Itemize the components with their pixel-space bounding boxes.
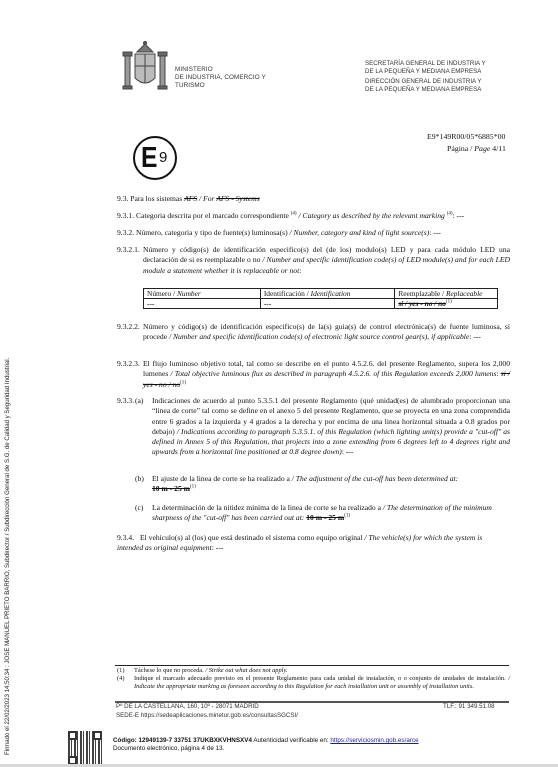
secretariat: SECRETARÍA GENERAL DE INDUSTRIA Y DE LA … — [365, 60, 486, 75]
table-row: --- --- si / yes - no / no(1) — [144, 299, 498, 309]
footnote-1: Táchese lo que no proceda. / Strike out … — [134, 667, 510, 675]
text-es: Táchese lo que no proceda. — [134, 667, 205, 674]
spain-coat-of-arms-icon — [120, 38, 170, 98]
section-9-3-2-1: Número y código(s) de identificación esp… — [143, 245, 510, 276]
code-label: Código: — [113, 737, 139, 744]
section-9-3-1: 9.3.1. Categoria descrita por el marcado… — [117, 211, 464, 221]
office-phone: TLF.: 91 349.51.08 — [443, 703, 495, 710]
page-label-es: Página / — [447, 144, 474, 153]
footnote-ref: (1) — [190, 485, 196, 490]
text-es: Indique el marcado adecuado previsto en … — [134, 675, 508, 682]
table-header-row: Número / Number Identificación / Identif… — [144, 289, 498, 299]
directorate: DIRECCIÓN GENERAL DE INDUSTRIA Y DE LA P… — [365, 78, 486, 93]
text-es: La determinación de la nitidez minima de… — [152, 503, 383, 512]
secretariat-line: DE LA PEQUEÑA Y MEDIANA EMPRESA — [365, 68, 486, 76]
section-number: 9.3.3. — [117, 396, 134, 406]
struck-text: 10 m - 25 m — [306, 513, 344, 522]
struck-text: si / yes - no / no — [398, 299, 446, 308]
cell-replaceable: si / yes - no / no(1) — [395, 299, 498, 309]
value: : --- — [429, 228, 441, 237]
footnote-divider — [115, 665, 509, 666]
item-label: (c) — [135, 503, 143, 513]
col-number: Número / Number — [144, 289, 261, 299]
section-9-3-3-a: Indicaciones de acuerdo al punto 5.3.5.1… — [152, 396, 510, 458]
page-value: 4/11 — [490, 144, 506, 153]
struck-text: AFS - Systems — [216, 194, 259, 203]
footnote-ref: (1) — [446, 300, 452, 305]
section-9-3-3-c: La determinación de la nitidez minima de… — [152, 503, 510, 524]
footnote-ref: (1) — [180, 380, 186, 385]
section-9-3-4: El vehiculo(s) al (los) que está destina… — [117, 533, 510, 554]
footnote-4: Indique el marcado adecuado previsto en … — [134, 675, 510, 691]
ministry-line: MINISTERIO — [175, 66, 266, 74]
header-es: Reemplazable / — [398, 289, 446, 298]
approval-reference: E9*149R00/05*6885*00 — [427, 132, 505, 141]
text-en: / Number and specific identification cod… — [169, 332, 469, 341]
text-en: / The adjustment of the cut-off has been… — [292, 474, 458, 483]
verification-code-line: Código: 12949139-7 33751 37UKBXKVHNSXV4 … — [113, 737, 419, 745]
text-es: Número, categoria y tipo de fuente(s) lu… — [134, 228, 289, 237]
header-es: Identificación / — [264, 289, 311, 298]
struck-text: AFS — [184, 194, 197, 203]
footnote-mark: (4) — [117, 675, 124, 683]
issuing-office: SECRETARÍA GENERAL DE INDUSTRIA Y DE LA … — [365, 60, 486, 96]
section-9-3: 9.3. Para los sistemas AFS / For AFS - S… — [117, 194, 260, 204]
header-en: Number — [177, 289, 201, 298]
footnote-ref: (1) — [344, 514, 350, 519]
page-label-en: Page — [474, 144, 490, 153]
text-es: El ajuste de la linea de corte se ha rea… — [152, 474, 292, 483]
item-label: (a) — [135, 396, 143, 406]
text-en: / Category as described by the relevant … — [297, 211, 447, 220]
secretariat-line: SECRETARÍA GENERAL DE INDUSTRIA Y — [365, 60, 486, 68]
verify-label: Autenticidad verificable en: — [252, 737, 330, 744]
section-number: 9.3. — [117, 194, 128, 203]
verification-block: Código: 12949139-7 33751 37UKBXKVHNSXV4 … — [113, 737, 419, 752]
section-9-3-2: 9.3.2. Número, categoria y tipo de fuent… — [117, 228, 441, 238]
mark-number: 9 — [159, 148, 167, 168]
section-9-3-3-b: El ajuste de la linea de corte se ha rea… — [152, 474, 510, 495]
col-identification: Identificación / Identification — [260, 289, 395, 299]
col-replaceable: Reemplazable / Replaceable — [395, 289, 498, 299]
cell-number: --- — [144, 299, 261, 309]
section-number: 9.3.1. — [117, 211, 134, 220]
value: : --- — [469, 332, 481, 341]
section-9-3-2-3: El flujo luminoso objetivo total, tal co… — [143, 359, 510, 390]
value: : --- — [453, 211, 465, 220]
directorate-line: DIRECCIÓN GENERAL DE INDUSTRIA Y — [365, 78, 486, 86]
verification-link[interactable]: https://serviciosmin.gob.es/arce — [330, 737, 418, 744]
ministry-line: DE INDUSTRIA, COMERCIO Y — [175, 74, 266, 82]
value: : --- — [212, 543, 224, 552]
ministry-line: TURISMO — [175, 82, 266, 90]
header-en: Replaceable — [446, 289, 483, 298]
text-es: El vehiculo(s) al (los) que está destina… — [140, 533, 364, 542]
text-es: Categoria descrita por el marcado corres… — [134, 211, 291, 220]
directorate-line: DE LA PEQUEÑA Y MEDIANA EMPRESA — [365, 86, 486, 94]
section-number: 9.3.2. — [117, 228, 134, 237]
mark-letter: E — [141, 141, 157, 175]
electronic-page-info: Documento electrónico, página 4 de 13. — [113, 745, 419, 753]
section-9-3-2-2: Número y código(s) de identificación esp… — [143, 322, 510, 343]
header-es: Número / — [147, 289, 177, 298]
office-address: Pº DE LA CASTELLANA, 160, 10º - 28071 MA… — [116, 703, 259, 710]
item-label: (b) — [135, 474, 144, 484]
e9-approval-mark-icon: E 9 — [133, 136, 177, 180]
text-es: Para los sistemas — [128, 194, 184, 203]
struck-text: 10 m - 25 m — [152, 484, 190, 493]
text-en: For — [203, 194, 216, 203]
led-module-table: Número / Number Identificación / Identif… — [143, 288, 498, 309]
sede-url: SEDE-E https://sedeaplicaciones.minetur.… — [116, 712, 298, 719]
code-value: 12949139-7 33751 37UKBXKVHNSXV4 — [139, 737, 252, 744]
qr-code-icon — [68, 731, 102, 765]
text-en: / Number, category and kind of light sou… — [290, 228, 430, 237]
text-en: / Total objective luminous flux as descr… — [170, 369, 496, 378]
signature-sidebar: Firmado el 22/02/2023 14:50:34 : JOSE MA… — [4, 155, 11, 755]
footnote-mark: (1) — [117, 667, 124, 675]
text-en: / Strike out what does not apply. — [205, 667, 287, 674]
cell-identification: --- — [260, 299, 395, 309]
value: : --- — [342, 447, 354, 456]
ministry-name: MINISTERIO DE INDUSTRIA, COMERCIO Y TURI… — [175, 66, 266, 90]
header-en: Identification — [311, 289, 351, 298]
page-number: Página / Page 4/11 — [447, 144, 506, 153]
text-en: / Indications according to paragraph 5.3… — [152, 427, 510, 457]
